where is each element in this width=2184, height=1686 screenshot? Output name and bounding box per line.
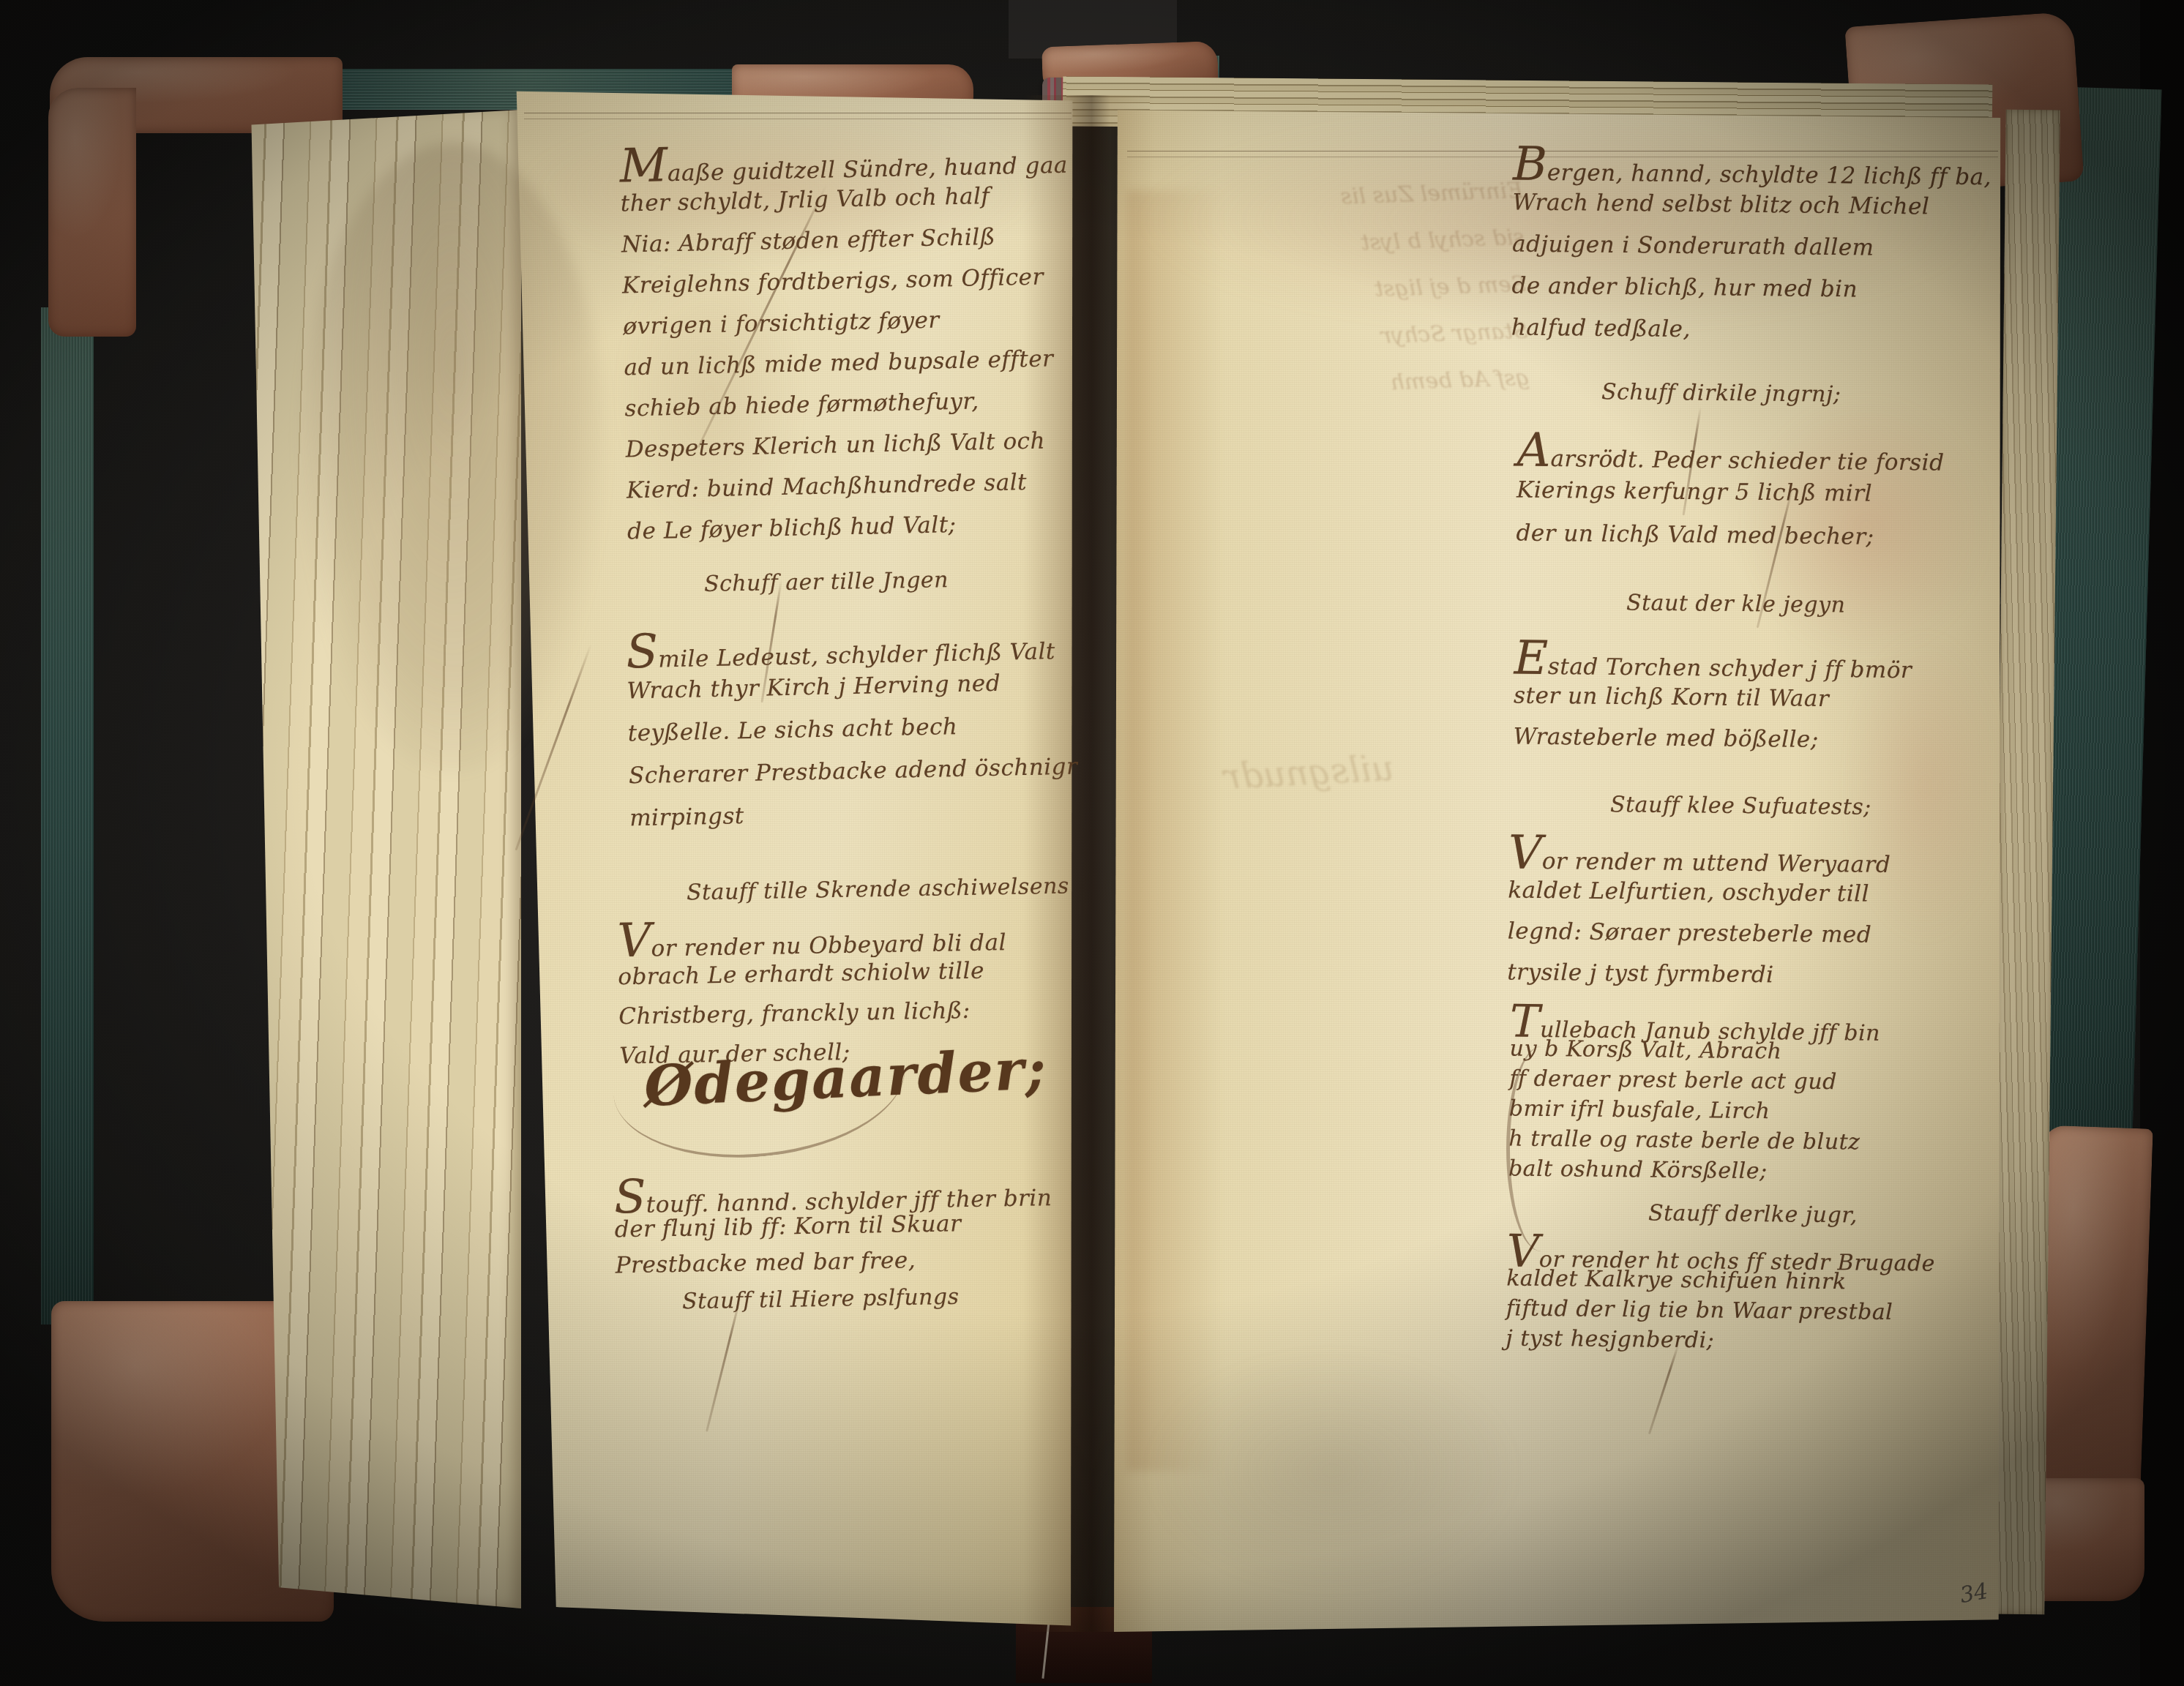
page-stack-left-edges xyxy=(246,107,521,1608)
entry-vorrender-brugade: Vor render ht ochs ff stedr Brugadekalde… xyxy=(1506,1235,2005,1360)
entry-tullebach-closing: Stauff derlke jugr, xyxy=(1648,1201,1858,1229)
leather-corner-top-left-flap xyxy=(48,88,136,337)
entry-bergen-closing: Schuff dirkile jngrnj; xyxy=(1601,379,1841,407)
entry-vorrender-weryaard: Vor render m uttend Weryaardkaldet Lelfu… xyxy=(1507,836,1999,1005)
manuscript-photo: Einrümel Zus lissid schyl b lystSem d ej… xyxy=(0,0,2184,1686)
entry-maasse-closing: Schuff aer tille Jngen xyxy=(704,567,949,597)
entry-bergen: Bergen, hannd, schyldte 12 lichß ff ba,W… xyxy=(1511,147,2004,361)
gutter-shadow xyxy=(1023,95,1155,1632)
entry-tullebach: Tullebach Janub schylde jff binuy b Kors… xyxy=(1508,1005,2001,1191)
entry-aarsrodt-closing: Staut der kle jegyn xyxy=(1626,590,1846,618)
page-number: 34 xyxy=(1958,1578,1990,1608)
entry-smile: Smile Ledeust, schylder flichß ValtWrach… xyxy=(626,626,1077,848)
entry-aarsrodt: Aarsrödt. Peder schieder tie forsidKieri… xyxy=(1516,434,2000,569)
entry-stouff-closing: Stauff til Hiere pslfungs xyxy=(682,1284,960,1315)
ruled-line-left-b xyxy=(524,119,1072,119)
entry-maasse-guidtzell: Maaße guidtzell Sündre, huand gaather sc… xyxy=(619,140,1082,560)
bleedthrough-text: Einrümel Zus lissid schyl b lystSem d ej… xyxy=(1143,178,1531,425)
entry-estad: Estad Torchen schyder j ff bmörster un l… xyxy=(1513,642,1997,770)
entry-estad-closing: Stauff klee Sufuatests; xyxy=(1610,792,1871,820)
ruled-line-left-a xyxy=(524,113,1072,113)
pen-flourish-arc xyxy=(1506,1046,1576,1251)
cover-cloth-left-edge xyxy=(41,307,94,1325)
entry-stouff: Stouff. hannd. schylder jff ther brinder… xyxy=(614,1173,1073,1289)
